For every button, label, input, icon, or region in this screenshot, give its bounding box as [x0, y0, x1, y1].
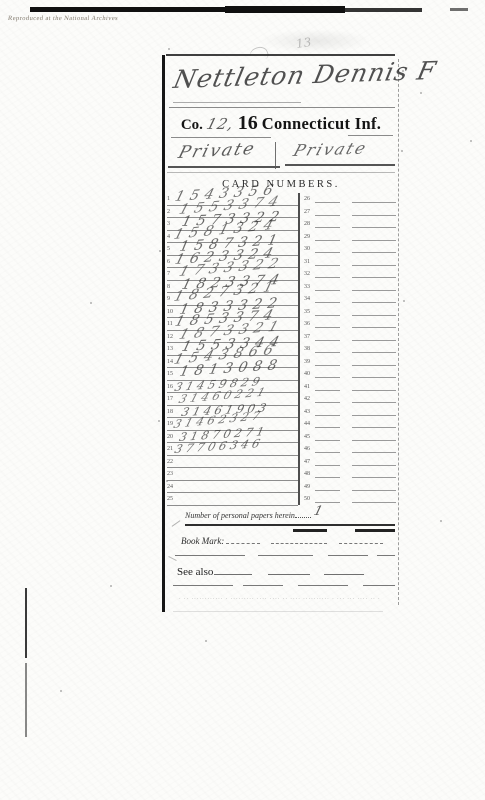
- row-number: 40: [304, 371, 310, 377]
- row-number: 24: [167, 484, 173, 490]
- row-number: 2: [167, 209, 170, 215]
- card-number-row: 38: [302, 343, 397, 356]
- blank-line: [315, 277, 340, 278]
- card-number-row: 45: [302, 431, 397, 444]
- blank-line: [315, 465, 340, 466]
- scanned-document-page: Reproduced at the National Archives 13 N…: [0, 0, 485, 800]
- blank-line: [315, 440, 340, 441]
- row-number: 15: [167, 371, 173, 377]
- scan-speck: [60, 690, 62, 692]
- card-number-row: 43: [302, 406, 397, 419]
- row-number: 46: [304, 446, 310, 452]
- card-number-row: 24: [167, 481, 298, 494]
- card-number-row: 46: [302, 443, 397, 456]
- footer-rule-segment: [293, 529, 327, 532]
- solid-leader: [324, 566, 364, 575]
- row-number: 42: [304, 396, 310, 402]
- card-number-row: 31: [302, 256, 397, 269]
- row-number: 7: [167, 271, 170, 277]
- blank-rule: [328, 555, 368, 556]
- service-record-card: Nettleton Dennis F Co. 12, 16 Connecticu…: [163, 55, 399, 612]
- blank-line: [315, 452, 340, 453]
- dotted-leader: [295, 510, 311, 518]
- card-number-row: 28: [302, 218, 397, 231]
- rank-cell-divider: [275, 142, 276, 169]
- blank-line: [352, 477, 396, 478]
- blank-line: [352, 452, 396, 453]
- row-number: 33: [304, 284, 310, 290]
- row-number: 12: [167, 334, 173, 340]
- rank-handwritten-right: Private: [291, 138, 370, 160]
- card-number-row: 27: [302, 206, 397, 219]
- unit-underline: [171, 137, 271, 138]
- row-number: 35: [304, 309, 310, 315]
- solid-leader: [268, 566, 310, 575]
- card-numbers-left-column: 1154335621553374315733224158132451587321…: [167, 193, 298, 506]
- row-number: 41: [304, 384, 310, 390]
- row-number: 22: [167, 459, 173, 465]
- card-number-row: 25: [167, 493, 298, 506]
- blank-line: [315, 215, 340, 216]
- personal-papers-line: Number of personal papers herein1: [185, 507, 395, 522]
- card-number-row: 2137706346: [167, 443, 298, 456]
- blank-line: [352, 352, 396, 353]
- blank-line: [352, 502, 396, 503]
- scan-speck: [110, 585, 112, 587]
- row-number: 8: [167, 284, 170, 290]
- scan-speck: [403, 300, 405, 302]
- row-number: 9: [167, 296, 170, 302]
- blank-line: [352, 440, 396, 441]
- card-number-row: 48: [302, 468, 397, 481]
- blank-line: [315, 202, 340, 203]
- card-number-row: 47: [302, 456, 397, 469]
- blank-line: [315, 352, 340, 353]
- card-number-row: 42: [302, 393, 397, 406]
- blank-rule: [258, 555, 313, 556]
- regiment-name: Connecticut Inf.: [262, 114, 381, 133]
- row-number: 17: [167, 396, 173, 402]
- row-number: 1: [167, 196, 170, 202]
- blank-line: [315, 290, 340, 291]
- card-number-row: 33: [302, 281, 397, 294]
- personal-papers-label: Number of personal papers herein: [185, 511, 295, 520]
- row-number: 6: [167, 259, 170, 265]
- blank-line: [315, 477, 340, 478]
- blank-line: [352, 315, 396, 316]
- row-number: 29: [304, 234, 310, 240]
- card-number-row: 37: [302, 331, 397, 344]
- blank-line: [352, 202, 396, 203]
- dashed-leader: [226, 536, 260, 544]
- row-number: 47: [304, 459, 310, 465]
- row-number: 13: [167, 346, 173, 352]
- unit-underline: [348, 135, 393, 136]
- rank-underline: [285, 164, 395, 166]
- card-number-row: 44: [302, 418, 397, 431]
- card-number-row: 49: [302, 481, 397, 494]
- scan-speck: [159, 250, 161, 252]
- blank-line: [352, 465, 396, 466]
- book-mark-line: Book Mark:: [181, 536, 383, 546]
- blank-line: [315, 315, 340, 316]
- row-number: 36: [304, 321, 310, 327]
- card-number-row: 35: [302, 306, 397, 319]
- rank-underline: [168, 166, 280, 168]
- blank-line: [315, 365, 340, 366]
- blank-line: [352, 265, 396, 266]
- blank-line: [315, 502, 340, 503]
- book-mark-label: Book Mark:: [181, 536, 224, 546]
- blank-rule: [173, 585, 233, 586]
- blank-line: [352, 377, 396, 378]
- rank-underline: [167, 172, 395, 173]
- blank-line: [315, 377, 340, 378]
- row-number: 38: [304, 346, 310, 352]
- scan-speck: [158, 420, 160, 422]
- blank-line: [352, 365, 396, 366]
- row-number: 20: [167, 434, 173, 440]
- row-number: 26: [304, 196, 310, 202]
- dashed-leader: [271, 536, 327, 544]
- row-number: 32: [304, 271, 310, 277]
- blank-rule: [298, 585, 348, 586]
- blank-line: [315, 240, 340, 241]
- card-number-row: 41: [302, 381, 397, 394]
- blank-line: [352, 390, 396, 391]
- row-number: 48: [304, 471, 310, 477]
- blank-line: [315, 340, 340, 341]
- scan-speck: [440, 520, 442, 522]
- row-number: 5: [167, 246, 170, 252]
- row-number: 10: [167, 309, 173, 315]
- row-number: 49: [304, 484, 310, 490]
- solid-leader: [214, 566, 252, 575]
- pencil-annotation: 13: [295, 35, 312, 51]
- blank-line: [352, 252, 396, 253]
- footer-rule: [185, 524, 395, 526]
- blank-line: [352, 290, 396, 291]
- row-number: 16: [167, 384, 173, 390]
- blank-line: [315, 402, 340, 403]
- blank-line: [352, 277, 396, 278]
- row-number: 3: [167, 221, 170, 227]
- card-number-row: 22: [167, 456, 298, 469]
- card-number-row: 39: [302, 356, 397, 369]
- scan-edge-strip: [225, 6, 345, 13]
- blank-rule: [363, 585, 395, 586]
- blank-line: [315, 427, 340, 428]
- row-number: 11: [167, 321, 173, 327]
- film-scratch: [25, 588, 27, 658]
- blank-line: [352, 490, 396, 491]
- card-number-row: 32: [302, 268, 397, 281]
- blank-line: [315, 490, 340, 491]
- blank-line: [352, 427, 396, 428]
- row-number: 21: [167, 446, 173, 452]
- row-number: 43: [304, 409, 310, 415]
- company-handwritten: 12,: [205, 115, 237, 133]
- card-number-row: 29: [302, 231, 397, 244]
- row-number: 31: [304, 259, 310, 265]
- blank-line: [315, 265, 340, 266]
- personal-papers-count-handwritten: 1: [312, 504, 324, 519]
- row-number: 28: [304, 221, 310, 227]
- blank-line: [352, 240, 396, 241]
- blank-rule: [175, 555, 245, 556]
- dashed-leader: [339, 536, 383, 544]
- unit-line: Co. 12, 16 Connecticut Inf.: [165, 112, 397, 135]
- card-number-row: 26: [302, 193, 397, 206]
- row-number: 27: [304, 209, 310, 215]
- scan-speck: [470, 140, 472, 142]
- scan-speck: [420, 92, 422, 94]
- card-numbers-table: 1154335621553374315733224158132451587321…: [163, 193, 399, 506]
- blank-line: [315, 327, 340, 328]
- card-border-bottom: [173, 611, 383, 612]
- row-number: 4: [167, 234, 170, 240]
- rank-handwritten-left: Private: [176, 139, 258, 163]
- film-scratch: [25, 663, 27, 737]
- row-number: 39: [304, 359, 310, 365]
- card-numbers-right-column: 2627282930313233343536373839404142434445…: [302, 193, 397, 506]
- name-underline: [169, 107, 395, 108]
- row-number: 37: [304, 334, 310, 340]
- blank-line: [315, 302, 340, 303]
- blank-line: [352, 215, 396, 216]
- scan-edge-strip: [340, 8, 422, 12]
- scan-edge-strip: [450, 8, 468, 11]
- see-also-label: See also: [177, 566, 213, 578]
- archive-stamp-text: Reproduced at the National Archives: [8, 15, 119, 22]
- blank-line: [352, 302, 396, 303]
- row-number: 30: [304, 246, 310, 252]
- company-label: Co.: [181, 117, 203, 133]
- card-number-row: 34: [302, 293, 397, 306]
- fine-print-row: · ·· ············ · ········· ···· ···· …: [179, 597, 393, 602]
- footer-rule-segment: [355, 529, 395, 532]
- card-number-row: 30: [302, 243, 397, 256]
- blank-rule: [243, 585, 283, 586]
- card-border-top: [166, 54, 395, 56]
- blank-line: [352, 415, 396, 416]
- regiment-number: 16: [238, 112, 258, 134]
- see-also-line: See also: [177, 566, 364, 578]
- scan-speck: [401, 150, 403, 152]
- scan-speck: [168, 48, 170, 50]
- blank-line: [352, 327, 396, 328]
- row-number: 34: [304, 296, 310, 302]
- blank-line: [315, 252, 340, 253]
- scan-edge-strip: [30, 7, 230, 12]
- scan-speck: [205, 640, 207, 642]
- row-number: 50: [304, 496, 310, 502]
- row-number: 18: [167, 409, 173, 415]
- row-number: 45: [304, 434, 310, 440]
- blank-line: [352, 227, 396, 228]
- blank-rule: [377, 555, 395, 556]
- card-number-row: 36: [302, 318, 397, 331]
- blank-line: [315, 415, 340, 416]
- name-underline: [173, 102, 301, 103]
- row-number: 23: [167, 471, 173, 477]
- scan-speck: [90, 302, 92, 304]
- row-number: 44: [304, 421, 310, 427]
- card-number-row: 40: [302, 368, 397, 381]
- blank-line: [315, 390, 340, 391]
- blank-line: [315, 227, 340, 228]
- column-divider: [298, 193, 300, 505]
- card-number-row: 23: [167, 468, 298, 481]
- blank-line: [352, 340, 396, 341]
- blank-line: [352, 402, 396, 403]
- row-number: 25: [167, 496, 173, 502]
